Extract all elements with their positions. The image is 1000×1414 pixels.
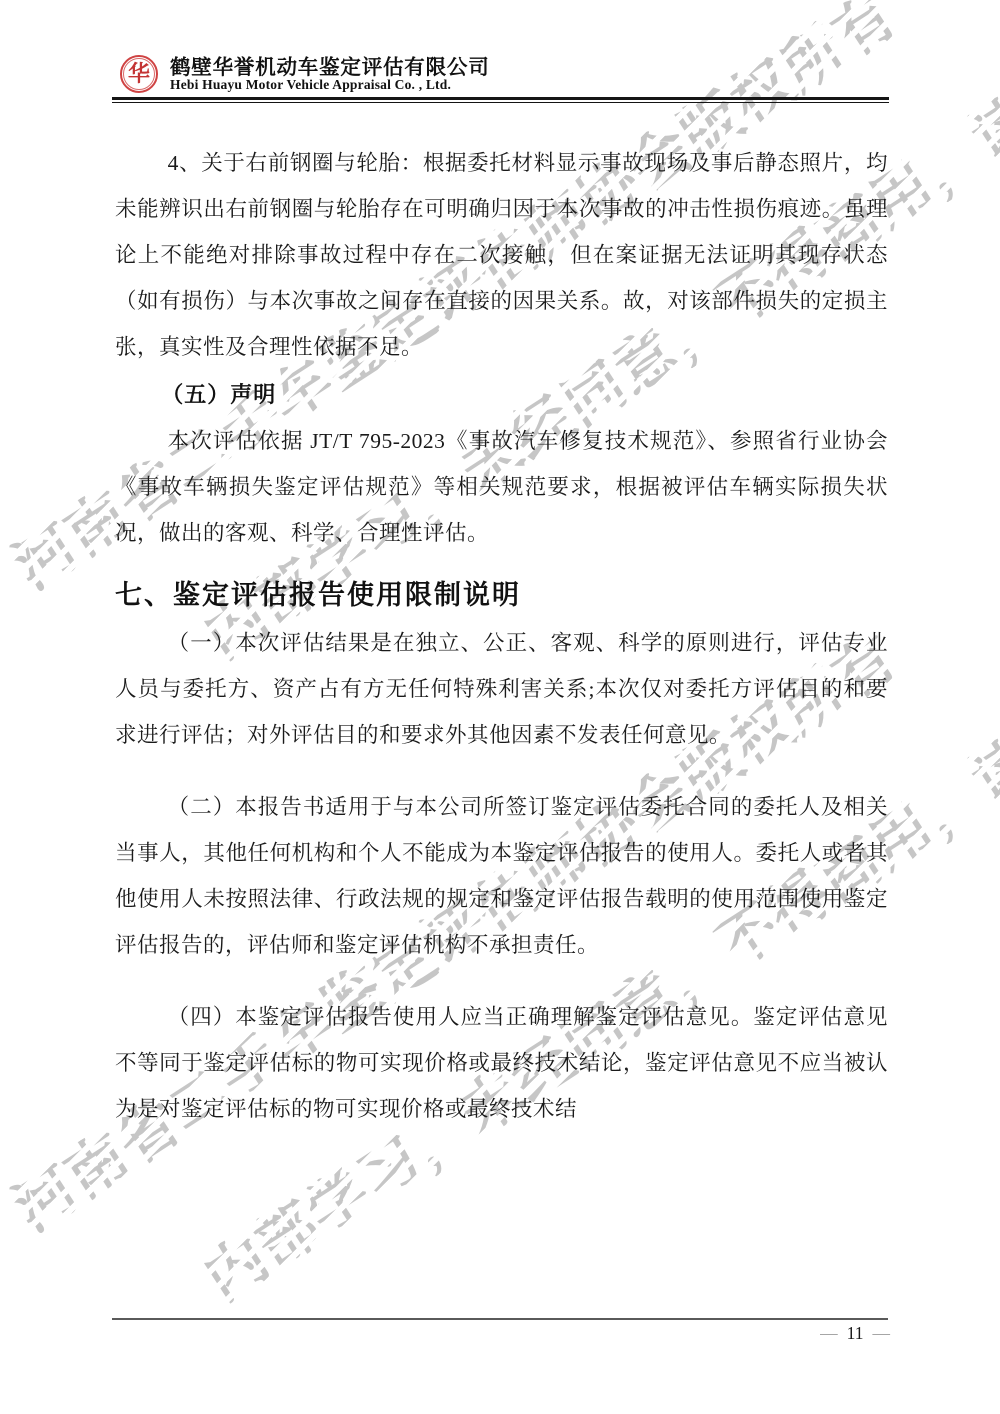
chapter-heading-usage-restrictions: 七、鉴定评估报告使用限制说明 (115, 570, 888, 620)
page-number: — 11 — (820, 1323, 890, 1344)
company-name-english: Hebi Huayu Motor Vehicle Appraisal Co. ,… (170, 77, 451, 93)
paragraph-declaration: 本次评估依据 JT/T 795-2023《事故汽车修复技术规范》、参照省行业协会… (115, 418, 888, 556)
seal-inner-ring: 华 (123, 58, 155, 90)
page-number-value: 11 (847, 1323, 864, 1344)
header-double-rule (112, 97, 889, 103)
paragraph-item-4-wheel-tire: 4、关于右前钢圈与轮胎：根据委托材料显示事故现场及事后静态照片，均未能辨识出右前… (115, 140, 888, 370)
report-body: 4、关于右前钢圈与轮胎：根据委托材料显示事故现场及事后静态照片，均未能辨识出右前… (115, 140, 888, 1132)
paragraph-restriction-1: （一）本次评估结果是在独立、公正、客观、科学的原则进行，评估专业人员与委托方、资… (115, 620, 888, 758)
company-seal-logo-icon: 华 (120, 55, 158, 93)
paragraph-restriction-4: （四）本鉴定评估报告使用人应当正确理解鉴定评估意见。鉴定评估意见不等同于鉴定评估… (115, 994, 888, 1132)
company-name-chinese: 鹤壁华誉机动车鉴定评估有限公司 (170, 50, 490, 80)
footer-rule (112, 1318, 888, 1320)
seal-glyph: 华 (128, 63, 150, 85)
page-number-dash-right: — (873, 1323, 891, 1344)
paragraph-restriction-2: （二）本报告书适用于与本公司所签订鉴定评估委托合同的委托人及相关当事人，其他任何… (115, 784, 888, 968)
report-page: 河南省二手车鉴定评估师协会版权所有 内部学习，未经同意，不得商用，读者必究 河南… (0, 0, 1000, 1414)
subheading-5-declaration: （五）声明 (115, 372, 888, 418)
page-number-dash-left: — (820, 1323, 838, 1344)
